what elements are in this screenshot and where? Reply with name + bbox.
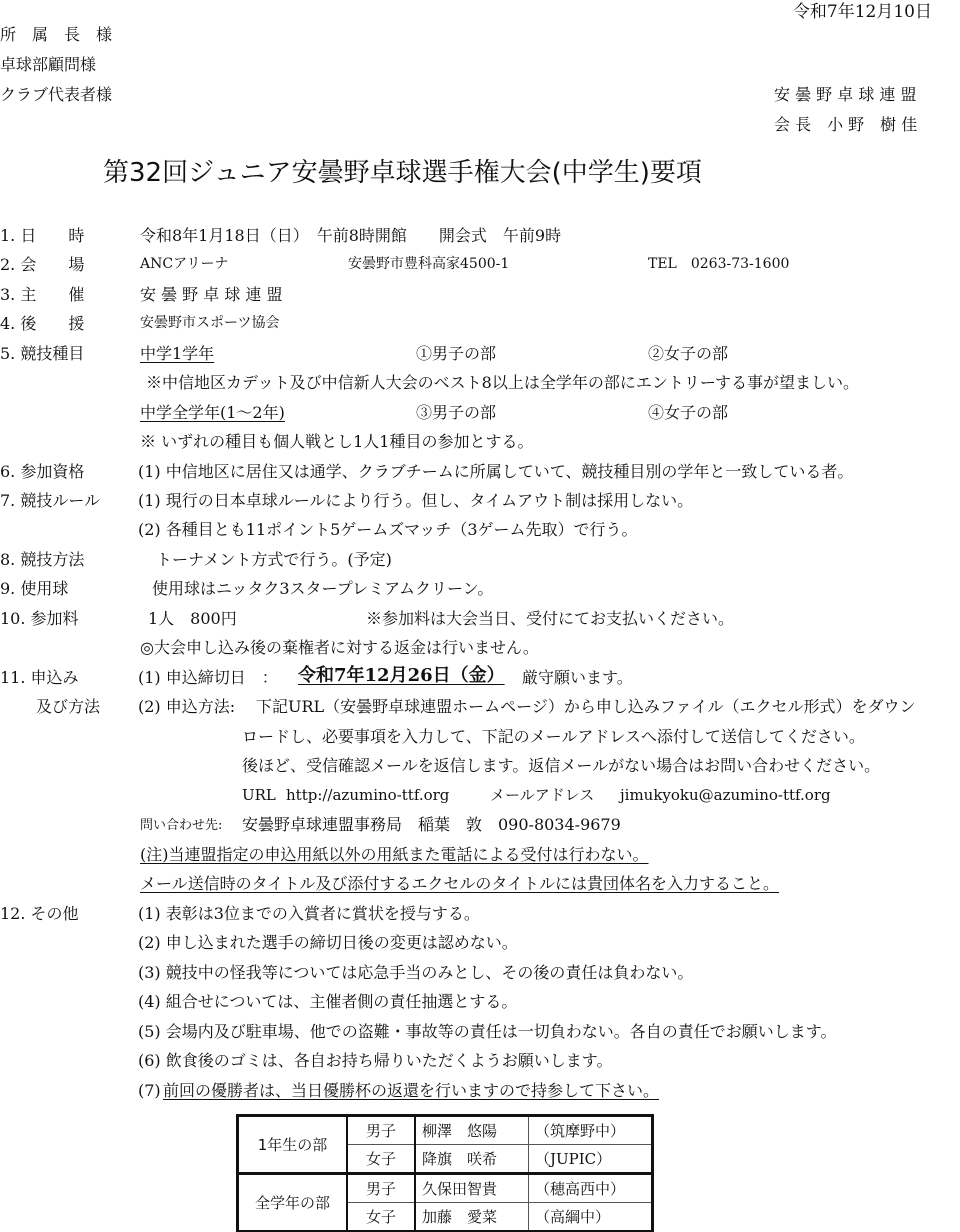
category-note: ※中信地区カデット及び中信新人大会のベスト8以上は全学年の部にエントリーする事が… [146, 375, 859, 391]
recipient-line: 卓球部顧問様 [0, 57, 96, 73]
url-label: URL [242, 788, 276, 803]
caution-note: (注)当連盟指定の申込用紙以外の用紙また電話による受付は行わない。 [140, 847, 649, 863]
section-label: 5. 競技種目 [0, 346, 84, 362]
category-grade1: 中学1学年 [140, 346, 214, 362]
method-text: 下記URL（安曇野卓球連盟ホームページ）から申し込みファイル（エクセル形式）をダ… [256, 699, 916, 715]
other-item: (3) 競技中の怪我等については応急手当のみとし、その後の責任は負わない。 [138, 965, 693, 981]
name-cell: 久保田智貴 [415, 1174, 529, 1203]
name-cell: 降旗 咲希 [415, 1145, 529, 1174]
section-label: 4. 後 援 [0, 316, 84, 332]
refund-note: ◎大会申し込み後の棄権者に対する返金は行いません。 [140, 640, 539, 656]
sex-cell: 女子 [347, 1203, 415, 1232]
other-item: (2) 申し込まれた選手の締切日後の変更は認めない。 [138, 935, 518, 951]
section-label: 8. 競技方法 [0, 552, 84, 568]
other-item: (4) 組合せについては、主催者側の責任抽選とする。 [138, 994, 517, 1010]
other-item: (5) 会場内及び駐車場、他での盗難・事故等の責任は一切負わない。各自の責任でお… [138, 1024, 836, 1040]
section-label: 11. 申込み [0, 670, 79, 686]
section-label: 及び方法 [36, 699, 100, 715]
section-label: 3. 主 催 [0, 287, 84, 303]
sender-person: 会 長 小 野 樹 佳 [774, 117, 917, 133]
other-item: (6) 飲食後のゴミは、各自お持ち帰りいただくようお願いします。 [138, 1053, 612, 1069]
organizer: 安 曇 野 卓 球 連 盟 [140, 287, 283, 303]
rule-item: (2) 各種目とも11ポイント5ゲームズマッチ（3ゲーム先取）で行う。 [138, 522, 638, 538]
previous-winners-table: 1年生の部 男子 柳澤 悠陽 （筑摩野中） 女子 降旗 咲希 （JUPIC） 全… [236, 1114, 654, 1232]
school-cell: （穂高西中） [529, 1174, 653, 1203]
section-label: 10. 参加料 [0, 611, 79, 627]
sponsor: 安曇野市スポーツ協会 [140, 316, 279, 330]
other-item-prefix: (7) [138, 1083, 161, 1099]
table-row: 全学年の部 男子 久保田智貴 （穂高西中） [238, 1174, 653, 1203]
section-label: 9. 使用球 [0, 581, 68, 597]
method-text: ロードし、必要事項を入力して、下記のメールアドレスへ添付して送信してください。 [242, 729, 865, 745]
competition-format: トーナメント方式で行う。(予定) [156, 552, 392, 568]
category-all-grades: 中学全学年(1～2年) [140, 405, 285, 421]
sex-cell: 男子 [347, 1174, 415, 1203]
mail-label: メールアドレス [490, 788, 594, 803]
sender-organization: 安 曇 野 卓 球 連 盟 [774, 87, 917, 103]
category-note: ※ いずれの種目も個人戦とし1人1種目の参加とする。 [140, 434, 533, 450]
venue-name: ANCアリーナ [140, 257, 229, 271]
section-label: 6. 参加資格 [0, 464, 84, 480]
eligibility: (1) 中信地区に居住又は通学、クラブチームに所属していて、競技種目別の学年と一… [138, 464, 853, 480]
section-label: 2. 会 場 [0, 257, 84, 273]
event-girls-all: ④女子の部 [648, 405, 728, 421]
venue-address: 安曇野市豊科高家4500-1 [348, 257, 509, 271]
event-datetime: 令和8年1月18日（日） 午前8時開館 開会式 午前9時 [140, 228, 561, 244]
contact-info: 安曇野卓球連盟事務局 稲葉 敦 090-8034-9679 [242, 817, 621, 833]
ball-used: 使用球はニッタク3スタープレミアムクリーン。 [152, 581, 493, 597]
url-link[interactable]: http://azumino-ttf.org [286, 788, 449, 803]
fee-note: ※参加料は大会当日、受付にてお支払いください。 [366, 611, 734, 627]
contact-label: 問い合わせ先: [140, 819, 222, 832]
section-label: 1. 日 時 [0, 228, 84, 244]
division-cell: 1年生の部 [238, 1116, 348, 1174]
deadline-date: 令和7年12月26日（金） [298, 667, 505, 685]
deadline-suffix: 厳守願います。 [522, 670, 633, 686]
sex-cell: 女子 [347, 1145, 415, 1174]
event-girls-grade1: ②女子の部 [648, 346, 728, 362]
page-title: 第32回ジュニア安曇野卓球選手権大会(中学生)要項 [103, 160, 702, 186]
entry-fee: 1人 800円 [148, 611, 237, 627]
mail-link[interactable]: jimukyoku@azumino-ttf.org [620, 788, 831, 803]
section-label: 7. 競技ルール [0, 493, 100, 509]
school-cell: （筑摩野中） [529, 1116, 653, 1145]
other-item: 前回の優勝者は、当日優勝杯の返還を行いますので持参して下さい。 [163, 1083, 659, 1099]
caution-note: メール送信時のタイトル及び添付するエクセルのタイトルには貴団体名を入力すること。 [140, 876, 779, 892]
event-boys-grade1: ①男子の部 [416, 346, 496, 362]
rule-item: (1) 現行の日本卓球ルールにより行う。但し、タイムアウト制は採用しない。 [138, 493, 693, 509]
name-cell: 加藤 愛菜 [415, 1203, 529, 1232]
sex-cell: 男子 [347, 1116, 415, 1145]
method-text: 後ほど、受信確認メールを返信します。返信メールがない場合はお問い合わせください。 [242, 758, 880, 774]
section-label: 12. その他 [0, 906, 79, 922]
recipient-line: クラブ代表者様 [0, 87, 112, 103]
method-label: (2) 申込方法: [138, 699, 235, 715]
name-cell: 柳澤 悠陽 [415, 1116, 529, 1145]
deadline-label: (1) 申込締切日 ： [138, 670, 278, 686]
document-date: 令和7年12月10日 [793, 4, 932, 21]
division-cell: 全学年の部 [238, 1174, 348, 1232]
recipient-line: 所 属 長 様 [0, 27, 112, 43]
other-item: (1) 表彰は3位までの入賞者に賞状を授与する。 [138, 906, 480, 922]
table-row: 1年生の部 男子 柳澤 悠陽 （筑摩野中） [238, 1116, 653, 1145]
school-cell: （JUPIC） [529, 1145, 653, 1174]
event-boys-all: ③男子の部 [416, 405, 496, 421]
venue-tel: TEL 0263-73-1600 [648, 257, 789, 271]
school-cell: （高綱中） [529, 1203, 653, 1232]
